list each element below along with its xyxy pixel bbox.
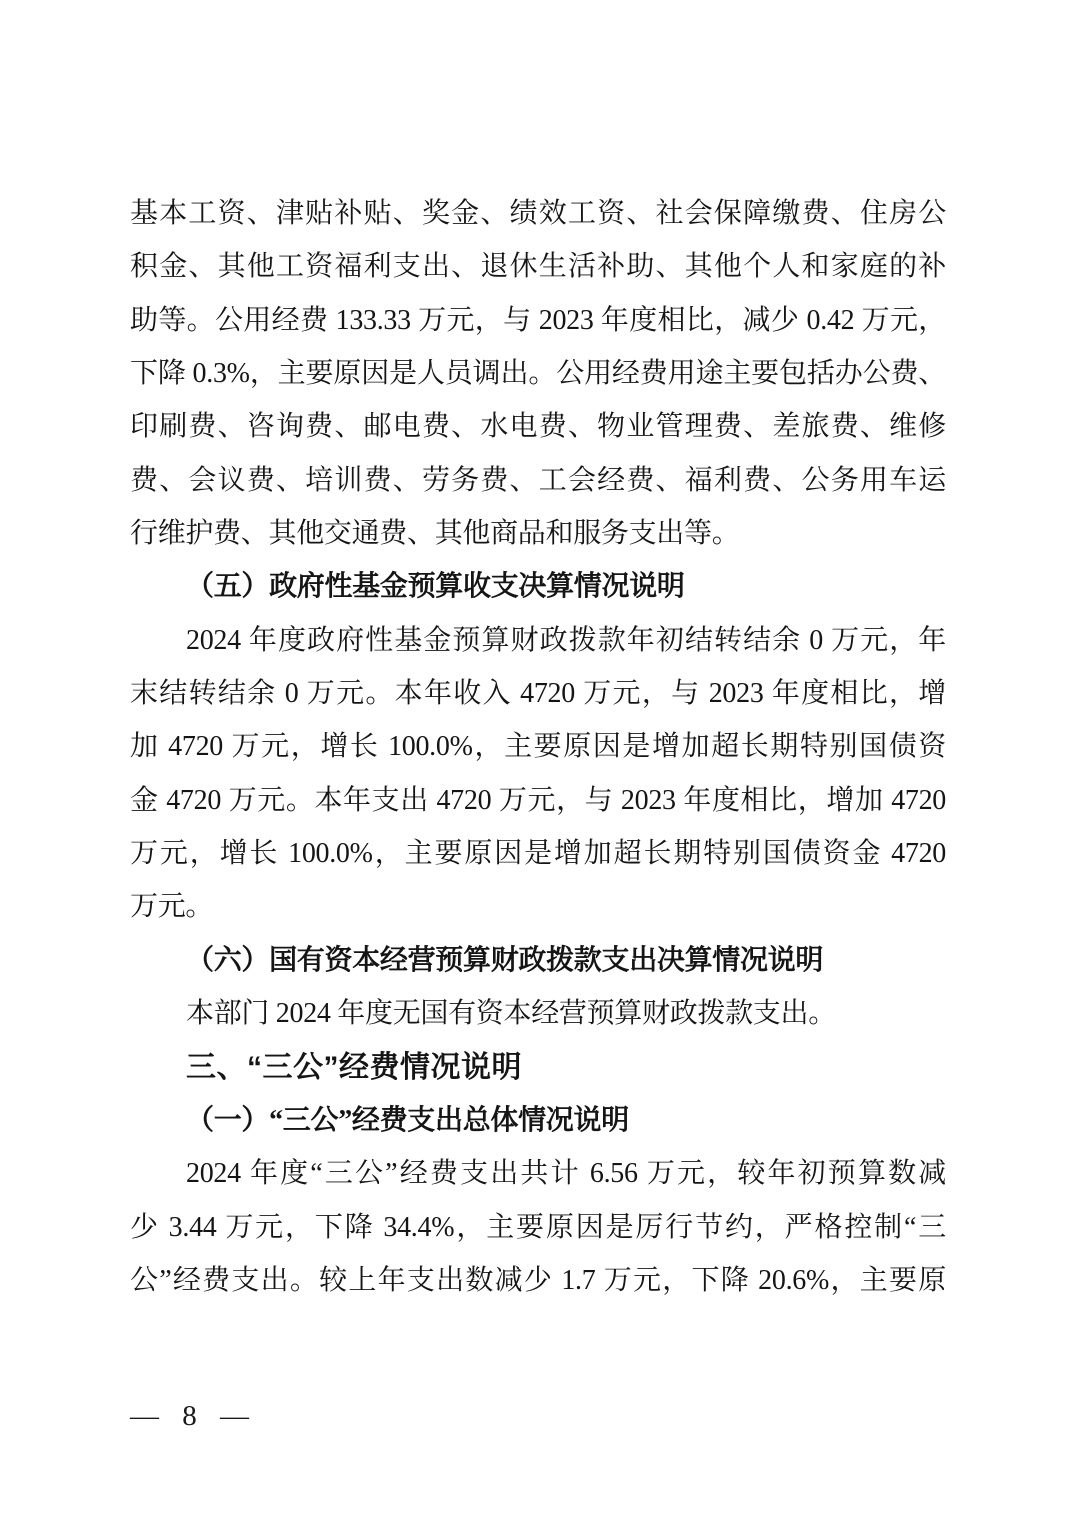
body-text-line: 费、会议费、培训费、劳务费、工会经费、福利费、公务用车运: [130, 454, 946, 507]
section-heading-three-public-funds: 三、“三公”经费情况说明: [130, 1041, 946, 1094]
body-text-line: 行维护费、其他交通费、其他商品和服务支出等。: [130, 507, 946, 560]
body-text-line: 助等。公用经费 133.33 万元，与 2023 年度相比，减少 0.42 万元…: [130, 294, 946, 347]
body-text-line: 2024 年度“三公”经费支出共计 6.56 万元，较年初预算数减: [130, 1147, 946, 1200]
page-number: — 8 —: [130, 1400, 251, 1432]
body-text-line: 基本工资、津贴补贴、奖金、绩效工资、社会保障缴费、住房公: [130, 187, 946, 240]
body-text-line: 2024 年度政府性基金预算财政拨款年初结转结余 0 万元，年: [130, 614, 946, 667]
subsection-heading-five: （五）政府性基金预算收支决算情况说明: [130, 560, 946, 613]
subsection-heading-six: （六）国有资本经营预算财政拨款支出决算情况说明: [130, 934, 946, 987]
body-text-line: 金 4720 万元。本年支出 4720 万元，与 2023 年度相比，增加 47…: [130, 774, 946, 827]
document-body: 基本工资、津贴补贴、奖金、绩效工资、社会保障缴费、住房公 积金、其他工资福利支出…: [130, 187, 946, 1307]
body-text-line: 下降 0.3%，主要原因是人员调出。公用经费用途主要包括办公费、: [130, 347, 946, 400]
body-text-line: 积金、其他工资福利支出、退休生活补助、其他个人和家庭的补: [130, 240, 946, 293]
body-text-line: 万元。: [130, 880, 946, 933]
body-text-line: 末结转结余 0 万元。本年收入 4720 万元，与 2023 年度相比，增: [130, 667, 946, 720]
body-text-line: 印刷费、咨询费、邮电费、水电费、物业管理费、差旅费、维修: [130, 400, 946, 453]
subsection-heading-one: （一）“三公”经费支出总体情况说明: [130, 1094, 946, 1147]
body-text-line: 本部门 2024 年度无国有资本经营预算财政拨款支出。: [130, 987, 946, 1040]
document-page: 基本工资、津贴补贴、奖金、绩效工资、社会保障缴费、住房公 积金、其他工资福利支出…: [0, 0, 1075, 1520]
body-text-line: 少 3.44 万元，下降 34.4%，主要原因是厉行节约，严格控制“三: [130, 1201, 946, 1254]
body-text-line: 万元，增长 100.0%，主要原因是增加超长期特别国债资金 4720: [130, 827, 946, 880]
page-footer: — 8 —: [130, 1400, 251, 1433]
body-text-line: 公”经费支出。较上年支出数减少 1.7 万元，下降 20.6%，主要原: [130, 1254, 946, 1307]
body-text-line: 加 4720 万元，增长 100.0%，主要原因是增加超长期特别国债资: [130, 720, 946, 773]
